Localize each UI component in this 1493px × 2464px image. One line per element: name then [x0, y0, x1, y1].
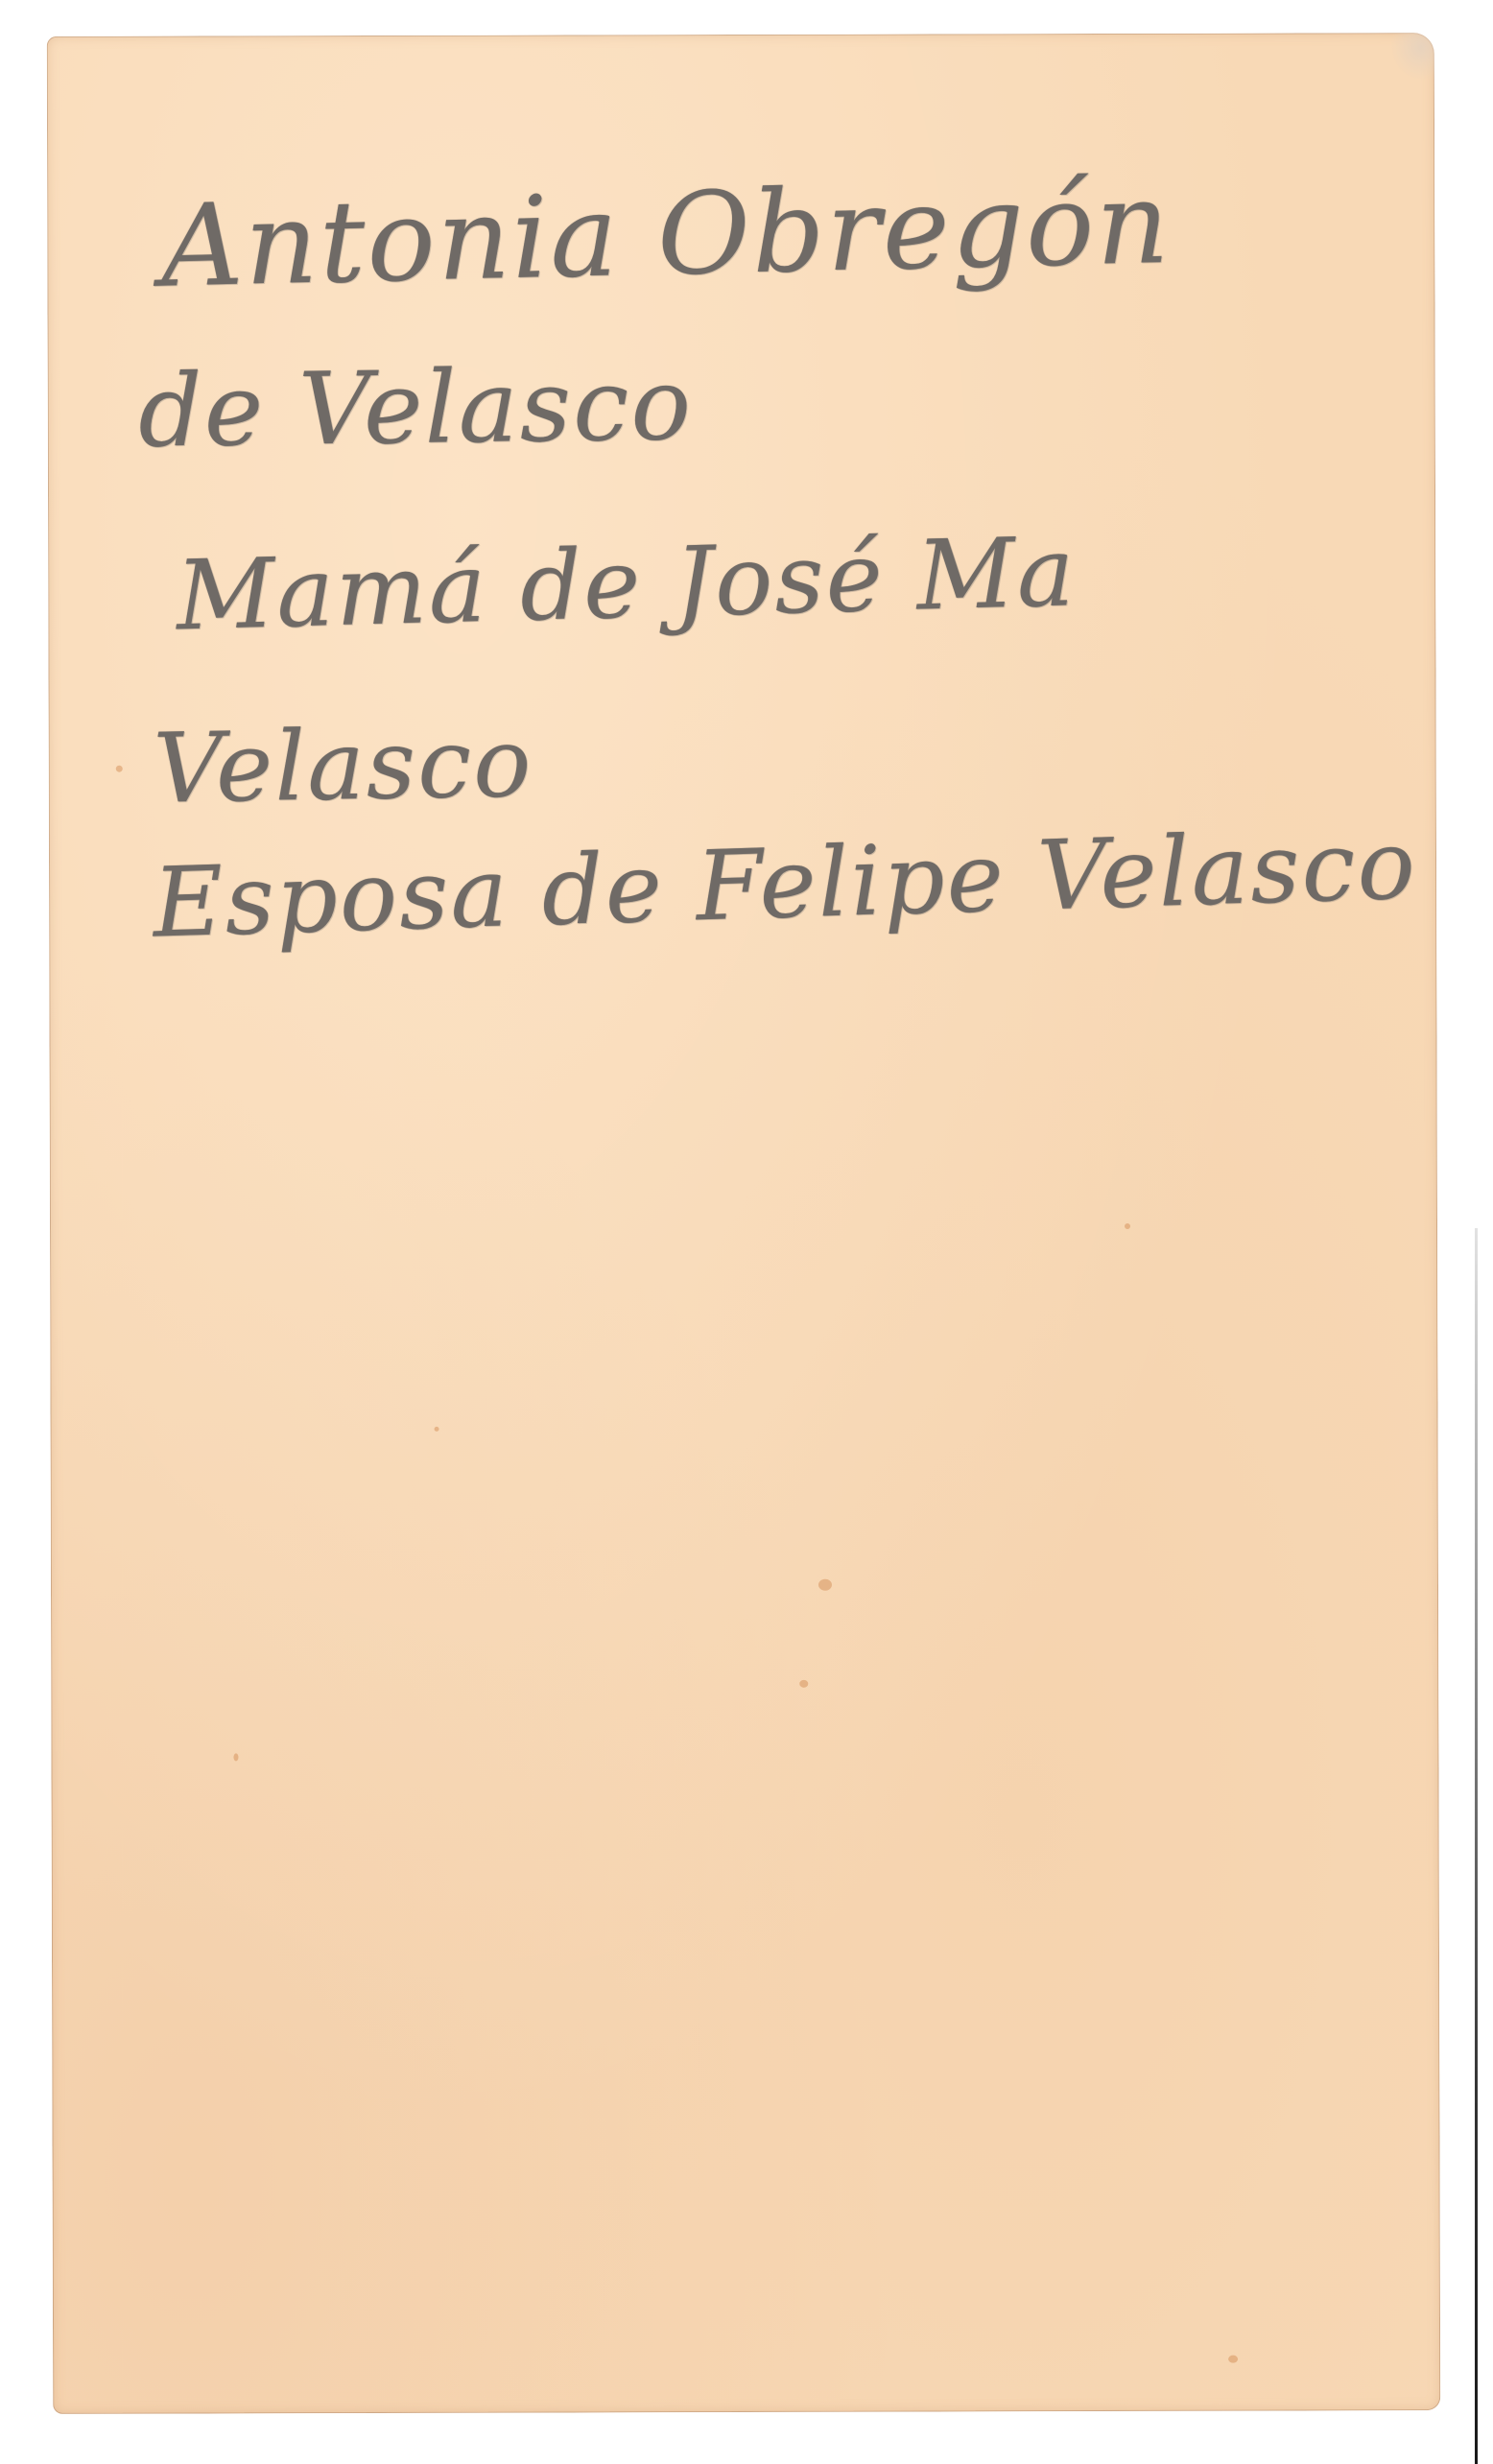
pencil-inscription: Antonia Obregón de Velasco Mamá de José …: [47, 33, 1440, 2414]
inscription-line-name: Antonia Obregón: [159, 156, 1172, 313]
inscription-line-son-surname: Velasco: [153, 706, 533, 825]
inscription-line-mother-of: Mamá de José Ma: [175, 515, 1078, 652]
photo-card-reverse: Antonia Obregón de Velasco Mamá de José …: [47, 33, 1440, 2414]
inscription-line-surname: de Velasco: [137, 345, 693, 470]
scan-edge-line: [1475, 1228, 1478, 2464]
inscription-line-wife-of: Esposa de Felipe Velasco: [152, 808, 1419, 959]
